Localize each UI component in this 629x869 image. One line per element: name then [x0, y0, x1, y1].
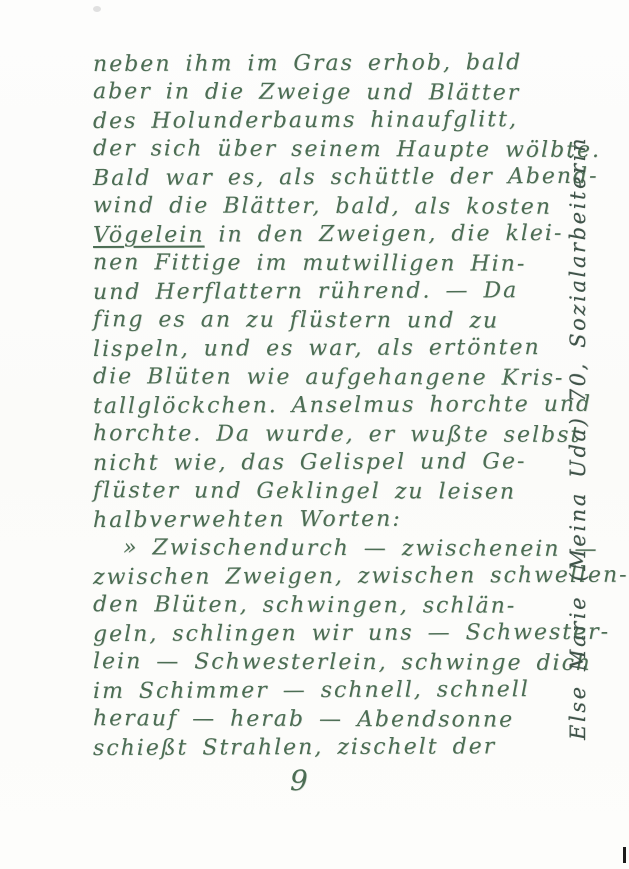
handwritten-line: nen Fittige im mutwilligen Hin- [93, 249, 563, 279]
handwritten-line: geln, schlingen wir uns — Schwester- [93, 619, 563, 650]
scanned-manuscript-page: neben ihm im Gras erhob, bald aber in di… [0, 0, 629, 869]
handwritten-line: horchte. Da wurde, er wußte selbst [93, 420, 563, 450]
handwritten-line: schießt Strahlen, zischelt der [93, 733, 563, 764]
handwritten-line: aber in die Zweige und Blätter [93, 78, 563, 108]
handwritten-line: halbverwehten Worten: [93, 505, 563, 536]
handwritten-line: die Blüten wie aufgehangene Kris- [93, 363, 563, 393]
page-number: 9 [290, 764, 308, 797]
handwritten-line: Bald war es, als schüttle der Abend- [93, 163, 563, 194]
handwritten-line: tallglöckchen. Anselmus horchte und [93, 391, 563, 422]
handwriting-text-block: neben ihm im Gras erhob, bald aber in di… [93, 50, 563, 763]
handwritten-line: den Blüten, schwingen, schlän- [93, 591, 563, 621]
underlined-word: Vögelein [93, 223, 205, 248]
scan-artifact-right-edge [623, 847, 626, 863]
handwritten-line: der sich über seinem Haupte wölbte. [93, 135, 563, 165]
handwritten-line: und Herflattern rührend. — Da [93, 277, 563, 308]
handwritten-line: des Holunderbaums hinaufglitt, [93, 106, 563, 137]
handwritten-line: nicht wie, das Gelispel und Ge- [93, 448, 563, 479]
handwritten-line: Vögelein in den Zweigen, die klei- [93, 220, 563, 251]
handwritten-line: wind die Blätter, bald, als kosten [93, 192, 563, 222]
handwritten-line: neben ihm im Gras erhob, bald [93, 49, 563, 80]
scan-smudge-top-left [93, 6, 101, 12]
margin-author-note: Else Marie (Meina Uda) 70, Sozialarbeite… [566, 136, 590, 740]
handwritten-line: zwischen Zweigen, zwischen schwellen- [93, 562, 563, 593]
handwritten-line: lispeln, und es war, als ertönten [93, 334, 563, 365]
handwritten-line-quote-start: » Zwischendurch — zwischenein — [93, 534, 563, 564]
handwritten-line: fing es an zu flüstern und zu [93, 306, 563, 336]
handwritten-line: herauf — herab — Abendsonne [93, 705, 563, 735]
handwritten-line: lein — Schwesterlein, schwinge dich [93, 648, 563, 678]
handwritten-line: flüster und Geklingel zu leisen [93, 477, 563, 507]
handwritten-line: im Schimmer — schnell, schnell [93, 676, 563, 707]
